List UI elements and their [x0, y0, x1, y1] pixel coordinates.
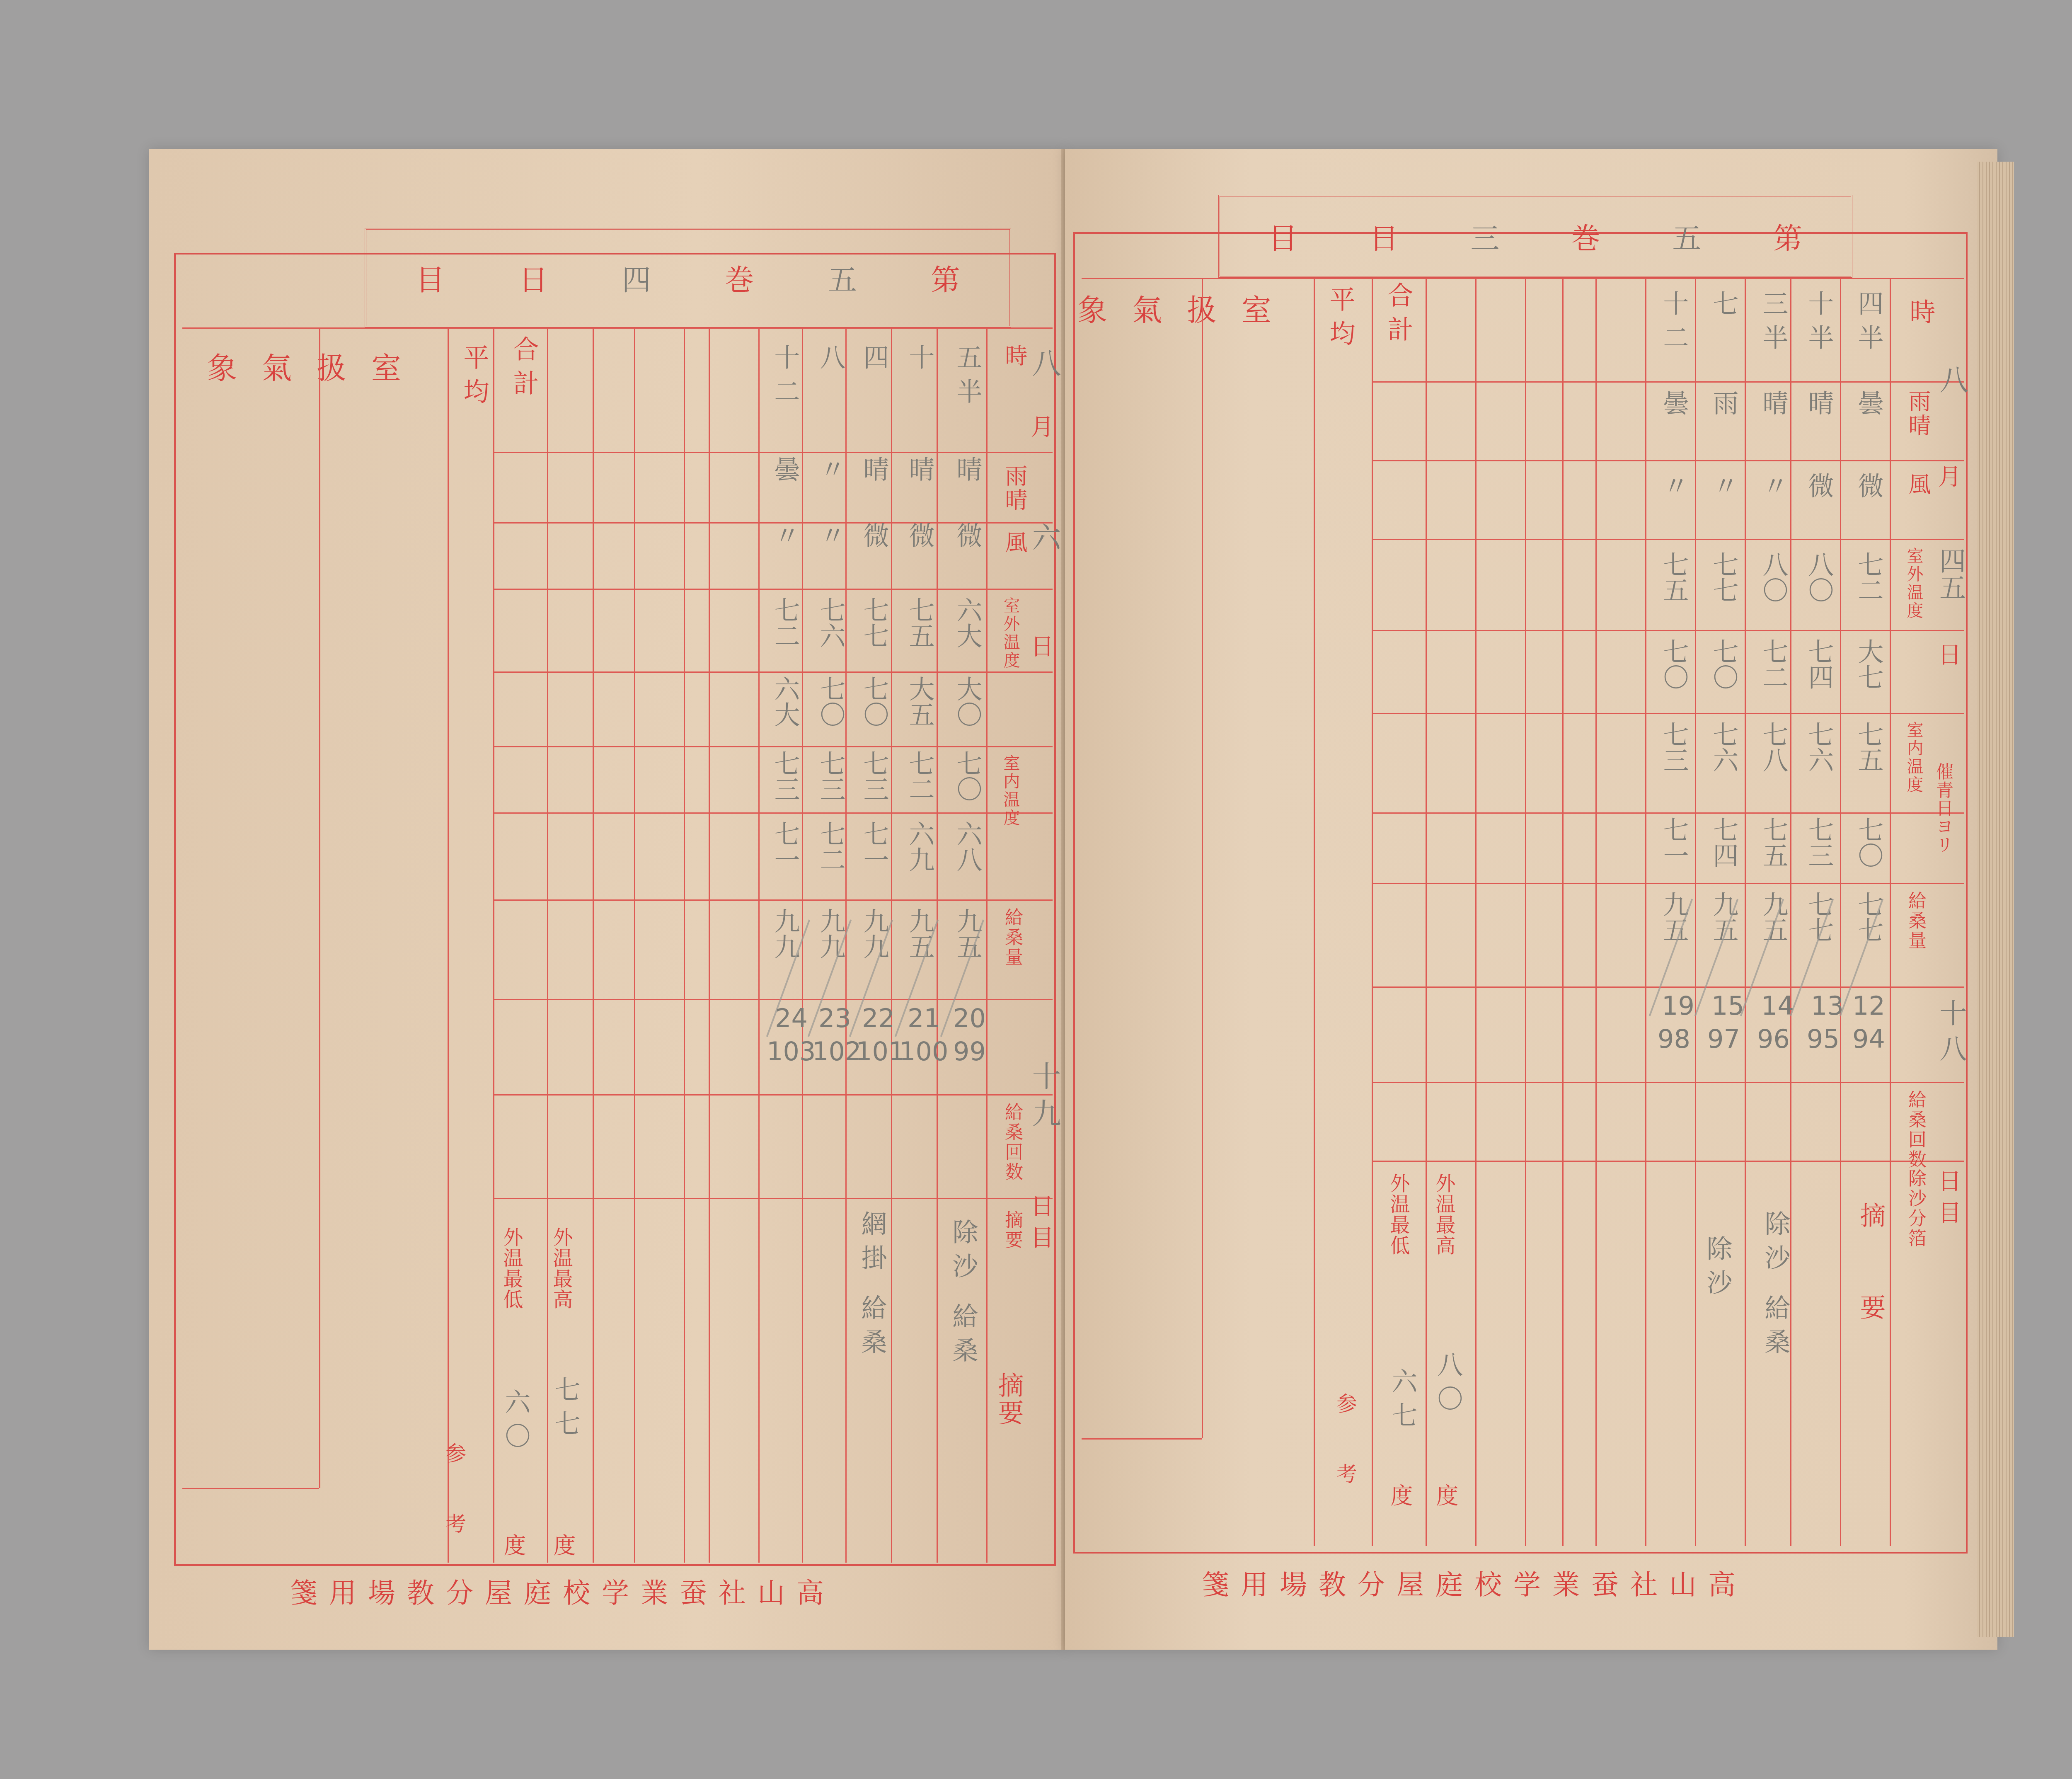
title-char: 目 — [416, 257, 445, 299]
rule — [493, 589, 1053, 590]
rule — [493, 327, 494, 1563]
cell-wind: 〃 — [1656, 473, 1692, 507]
row-label-indoor-temp: 室内温度 — [1902, 721, 1926, 794]
left-footer-imprint: 高山社蚕業学校庭屋分教場用箋 — [290, 1571, 835, 1610]
title-char: 第 — [931, 257, 960, 299]
rule — [1372, 381, 1964, 383]
cell-temp: 六八 — [949, 821, 986, 872]
row-label-feed-amount: 給桑量 — [1902, 891, 1929, 951]
feed-total: 103 — [767, 1036, 816, 1066]
rule — [493, 1198, 1053, 1199]
rule — [493, 812, 1053, 814]
cell-weather: 〃 — [812, 456, 849, 490]
note: 除沙 給桑 — [1757, 1210, 1794, 1363]
cell-weather: 曇 — [1850, 390, 1887, 424]
cell-weather: 曇 — [767, 456, 804, 490]
cell-temp: 八〇 — [1801, 551, 1837, 603]
cell-weather: 晴 — [901, 456, 938, 490]
date-day-label: 日 — [1024, 634, 1057, 666]
cell-temp: 六大 — [949, 597, 986, 648]
summary-min-value: 六〇 — [497, 1389, 534, 1457]
cell-temp: 七〇 — [949, 750, 986, 802]
rule — [182, 1488, 319, 1489]
cell-weather: 晴 — [1755, 390, 1792, 424]
feed-total: 96 — [1757, 1024, 1790, 1054]
cell-temp: 七六 — [812, 597, 849, 648]
rule — [593, 327, 594, 1563]
date-day: 六 — [1024, 522, 1065, 560]
rule — [448, 327, 449, 1563]
rule — [709, 327, 710, 1563]
cell-temp: 七〇 — [1656, 638, 1692, 690]
cell-temp: 七五 — [1850, 721, 1887, 773]
rule — [1890, 278, 1891, 1546]
cell-time: 四半 — [1850, 290, 1887, 358]
rule — [1372, 630, 1964, 631]
cell-time: 十二 — [1656, 290, 1692, 358]
cell-temp: 七三 — [812, 750, 849, 802]
cell-weather: 曇 — [1656, 390, 1692, 424]
summary-unit: 度 — [497, 1534, 529, 1564]
col-total-label: 合計 — [1380, 282, 1417, 350]
col-avg-label: 平均 — [1322, 286, 1359, 354]
title-char: 巻 — [725, 257, 754, 299]
cell-temp: 七八 — [1755, 721, 1792, 773]
rule — [1426, 278, 1427, 1546]
date-day: 四五 — [1931, 547, 1969, 600]
left-page: 第 五 巻 四 日 目 象氣扱室 平均 合計 — [149, 149, 1065, 1650]
rule — [1314, 278, 1315, 1546]
feed-no: 20 — [953, 1003, 986, 1033]
title-char: 第 — [1773, 216, 1802, 257]
title-char: 五 — [1672, 216, 1701, 257]
cell-temp: 七一 — [767, 821, 804, 872]
cell-temp: 七六 — [1705, 721, 1742, 773]
cell-temp: 七〇 — [812, 676, 849, 727]
feed-no: 13 — [1811, 991, 1844, 1021]
rule — [1202, 278, 1203, 1438]
cell-temp: 七〇 — [1705, 638, 1742, 690]
cell-temp: 大〇 — [949, 676, 986, 727]
feed-total: 98 — [1658, 1024, 1690, 1054]
rule — [1595, 278, 1597, 1546]
cell-time: 八 — [812, 344, 849, 378]
rule — [1372, 539, 1964, 540]
cell-wind: 〃 — [812, 522, 849, 556]
feed-no: 19 — [1662, 991, 1694, 1021]
cell-time: 十二 — [767, 344, 804, 412]
row-label-weather: 雨晴 — [999, 464, 1031, 512]
summary-unit: 度 — [1384, 1484, 1416, 1515]
cell-temp: 七四 — [1801, 638, 1837, 690]
page-edge-stack — [1977, 162, 2014, 1637]
cell-weather: 晴 — [949, 456, 986, 490]
feed-total: 97 — [1707, 1024, 1740, 1054]
row-label-weather: 雨晴 — [1902, 390, 1934, 438]
cell-temp: 七七 — [856, 597, 893, 648]
date-month-label: 月 — [1931, 464, 1964, 496]
date-month: 八 — [1024, 348, 1065, 385]
col-avg-label: 平均 — [456, 344, 493, 412]
feed-no: 24 — [775, 1003, 808, 1033]
row-label-outdoor-temp: 室外温度 — [1902, 547, 1926, 620]
rule — [1082, 1438, 1202, 1440]
cell-time: 十 — [901, 344, 938, 378]
remarks-label: 摘要 — [990, 1372, 1027, 1427]
cell-temp: 七二 — [767, 597, 804, 648]
summary-max-label: 外温最高 — [547, 1227, 576, 1310]
side-header-label: 象氣扱室 — [207, 344, 426, 387]
rule — [758, 327, 760, 1563]
rule — [1695, 278, 1696, 1546]
title-char: 三 — [1470, 216, 1499, 257]
cell-temp: 七二 — [812, 821, 849, 872]
cell-temp: 大七 — [1850, 638, 1887, 690]
rule — [493, 671, 1053, 673]
rule — [319, 327, 320, 1488]
row-label-remarks: 除沙分箔 — [1902, 1169, 1929, 1248]
note: 除沙 — [1699, 1235, 1736, 1303]
side-header-label: 象氣扱室 — [1077, 286, 1296, 329]
notebook-spread: 第 五 巻 四 日 目 象氣扱室 平均 合計 — [149, 149, 1997, 1650]
feed-total: 99 — [953, 1036, 986, 1066]
cell-temp: 七五 — [1755, 817, 1792, 868]
cell-temp: 六九 — [901, 821, 938, 872]
day-count-label: 日目 — [1024, 1194, 1057, 1257]
day-count: 十九 — [1024, 1061, 1065, 1136]
title-char: 日 — [519, 257, 548, 299]
rule — [1372, 986, 1964, 988]
title-char: 五 — [828, 257, 857, 299]
rule — [1372, 1161, 1964, 1162]
rule — [1372, 460, 1964, 461]
reference-label: 参考 — [439, 1442, 469, 1583]
rule — [1475, 278, 1477, 1546]
cell-temp: 七五 — [901, 597, 938, 648]
cell-temp: 六大 — [767, 676, 804, 727]
cell-wind: 微 — [856, 522, 893, 556]
cell-wind: 〃 — [767, 522, 804, 556]
cell-time: 七 — [1705, 290, 1742, 324]
rule — [986, 327, 988, 1563]
date-month: 八 — [1931, 365, 1973, 402]
cell-temp: 七一 — [1656, 817, 1692, 868]
cell-time: 四 — [856, 344, 893, 378]
title-char: 目 — [1268, 216, 1297, 257]
cell-temp: 七五 — [1656, 551, 1692, 603]
rule — [493, 746, 1053, 747]
feed-total: 100 — [899, 1036, 948, 1066]
feed-no: 12 — [1852, 991, 1885, 1021]
cell-wind: 微 — [1850, 473, 1887, 507]
cell-temp: 七〇 — [856, 676, 893, 727]
cell-temp: 七二 — [1850, 551, 1887, 603]
rule — [493, 899, 1053, 901]
right-page: 第 五 巻 三 日 目 象氣扱室 平均 合計 — [1065, 149, 1997, 1650]
summary-max-value: 八〇 — [1430, 1351, 1467, 1419]
rule — [493, 999, 1053, 1000]
cell-temp: 大五 — [901, 676, 938, 727]
rule — [1372, 713, 1964, 714]
cell-time: 三半 — [1755, 290, 1792, 358]
feed-total: 101 — [856, 1036, 905, 1066]
day-count: 十八 — [1931, 999, 1970, 1070]
rule — [1372, 1082, 1964, 1083]
row-label-wind: 風 — [1902, 473, 1934, 497]
rule — [1562, 278, 1564, 1546]
rule — [1525, 278, 1526, 1546]
row-label-feed-count: 給桑回数 — [1902, 1090, 1929, 1170]
remarks-label: 摘要 — [1852, 1202, 1889, 1386]
feed-total: 94 — [1852, 1024, 1885, 1054]
row-label-time: 時 — [1902, 298, 1939, 326]
feed-total: 102 — [812, 1036, 861, 1066]
cell-humidity: 九五 — [1755, 891, 1792, 943]
cell-temp: 七三 — [1801, 817, 1837, 868]
cell-temp: 七六 — [1801, 721, 1837, 773]
summary-unit: 度 — [547, 1534, 579, 1564]
cell-humidity: 九五 — [1656, 891, 1692, 943]
summary-min-label: 外温最低 — [497, 1227, 526, 1310]
feed-no: 15 — [1711, 991, 1744, 1021]
rule — [634, 327, 635, 1563]
cell-wind: 〃 — [1705, 473, 1742, 507]
rule — [1082, 278, 1964, 279]
rule — [1372, 883, 1964, 884]
rule — [1372, 812, 1964, 814]
cell-temp: 七三 — [856, 750, 893, 802]
right-title-box: 第 五 巻 三 日 目 — [1218, 195, 1852, 278]
rule — [493, 1094, 1053, 1096]
cell-wind: 微 — [949, 522, 986, 556]
cell-wind: 微 — [1801, 473, 1837, 507]
summary-min-label: 外温最低 — [1384, 1173, 1413, 1256]
rule — [1372, 278, 1373, 1546]
row-label-feed-amount: 給桑量 — [999, 908, 1025, 967]
title-char: 日 — [1369, 216, 1398, 257]
summary-min-value: 六七 — [1384, 1368, 1421, 1436]
feed-total: 95 — [1807, 1024, 1840, 1054]
cell-temp: 七七 — [1705, 551, 1742, 603]
date-month-label: 月 — [1024, 414, 1057, 446]
row-label-outdoor-temp: 室外温度 — [999, 597, 1022, 670]
summary-max-label: 外温最高 — [1430, 1173, 1458, 1256]
row-label-remarks: 摘要 — [999, 1210, 1025, 1250]
cell-weather: 晴 — [1801, 390, 1837, 424]
cell-temp: 七二 — [1755, 638, 1792, 690]
cell-wind: 〃 — [1755, 473, 1792, 507]
cell-temp: 八〇 — [1755, 551, 1792, 603]
col-total-label: 合計 — [506, 336, 542, 404]
rule — [684, 327, 685, 1563]
cell-time: 五半 — [949, 344, 986, 412]
rule — [1840, 278, 1841, 1546]
cell-humidity: 九五 — [949, 908, 986, 959]
rule — [1745, 278, 1746, 1546]
cell-temp: 七一 — [856, 821, 893, 872]
reference-label: 参考 — [1330, 1393, 1360, 1534]
row-label-indoor-temp: 室内温度 — [999, 754, 1022, 827]
cell-temp: 七三 — [767, 750, 804, 802]
feed-no: 23 — [818, 1003, 851, 1033]
rule — [182, 327, 1053, 329]
date-day-label: 日 — [1931, 642, 1964, 674]
feed-no: 14 — [1761, 991, 1794, 1021]
note: 網掛 給桑 — [854, 1210, 891, 1363]
note: 除沙 給桑 — [945, 1219, 982, 1371]
cell-time: 十半 — [1801, 290, 1837, 358]
rule — [493, 452, 1053, 453]
feed-no: 21 — [908, 1003, 940, 1033]
feed-no: 22 — [862, 1003, 895, 1033]
summary-unit: 度 — [1430, 1484, 1462, 1515]
cell-temp: 七二 — [901, 750, 938, 802]
right-footer-imprint: 高山社蚕業学校庭屋分教場用箋 — [1202, 1563, 1747, 1602]
left-title-box: 第 五 巻 四 日 目 — [365, 228, 1011, 327]
summary-max-value: 七七 — [547, 1376, 584, 1444]
rule — [1645, 278, 1646, 1546]
note-red: 催青日ヨリ — [1931, 763, 1956, 854]
cell-temp: 七三 — [1656, 721, 1692, 773]
cell-temp: 七〇 — [1850, 817, 1887, 868]
cell-wind: 微 — [901, 522, 938, 556]
cell-weather: 雨 — [1705, 390, 1742, 424]
title-char: 巻 — [1571, 216, 1600, 257]
row-label-feed-count: 給桑回数 — [999, 1103, 1025, 1182]
cell-temp: 七四 — [1705, 817, 1742, 868]
title-char: 四 — [622, 257, 651, 299]
cell-weather: 晴 — [856, 456, 893, 490]
day-count-label: 日目 — [1931, 1169, 1964, 1232]
cell-humidity: 九九 — [812, 908, 849, 959]
